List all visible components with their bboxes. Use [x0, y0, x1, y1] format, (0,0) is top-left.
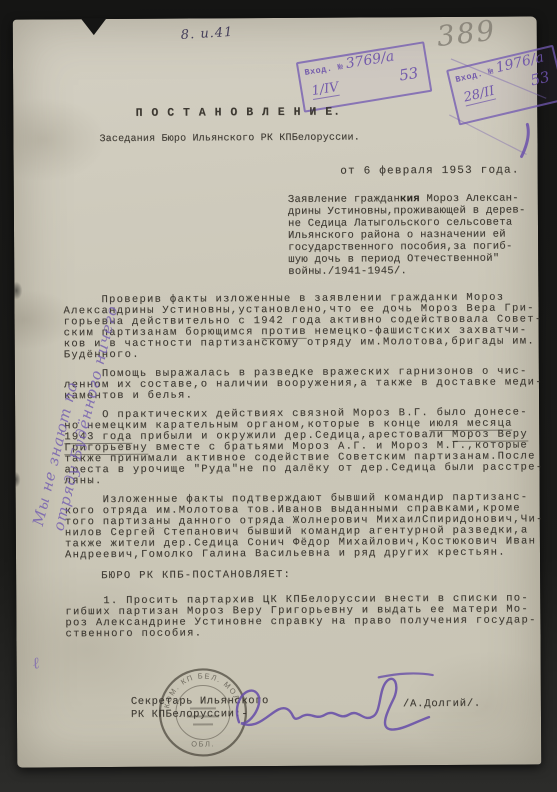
paragraph: Изложенные факты подтверждают бывший ком… — [65, 491, 543, 560]
document-title: П О С Т А Н О В Л Е Н И Е. — [123, 106, 353, 120]
paragraph: О практических действиях связной Мороз В… — [64, 406, 542, 486]
subject-annotation-block: Заявление гражданкия Мороз Алексан-дрины… — [288, 192, 541, 278]
handwritten-top-note: 8. и.41 — [180, 25, 233, 43]
stamp-year-handwritten: 53 — [529, 68, 552, 90]
seal-text-bottom: ОБЛ. — [191, 739, 215, 748]
typed-line: государственного пособия,за погиб- — [288, 240, 540, 254]
document-page: 8. и.41 389 Вход. № 3769/а 1/IV 53 Вход.… — [13, 16, 542, 767]
resolution-body: 1. Просить партархив ЦК КПБелоруссии вне… — [65, 592, 543, 639]
paragraph: Помощь выражалась в разведке вражеских г… — [64, 365, 542, 401]
stamp-date-handwritten: 28/II — [462, 84, 496, 107]
paper-damage-spot — [10, 282, 22, 300]
document-date: от 6 февраля 1953 года. — [340, 165, 520, 178]
photo-background: { "page": { "corner_number": "389", "top… — [0, 0, 557, 792]
paper-tear-notch — [81, 18, 107, 35]
typed-line: Андреевич,Гомолко Галина Васильевна и ря… — [65, 546, 543, 560]
paragraph: Заявление гражданкия Мороз Алексан-дрины… — [288, 192, 541, 278]
typed-line: роз Александрине Устиновне справку на пр… — [65, 614, 543, 628]
typed-line: ков и в частности партизанскому отряду и… — [64, 335, 542, 349]
ink-mark: ℓ — [31, 653, 42, 674]
paragraph: 1. Просить партархив ЦК КПБелоруссии вне… — [65, 592, 543, 639]
typed-line: ленном их составе,о наличии вооружения,а… — [64, 376, 542, 390]
incoming-stamp-1: Вход. № 3769/а 1/IV 53 — [296, 41, 433, 112]
stamp-year-handwritten: 53 — [398, 64, 420, 85]
resolution-heading: БЮРО РК КПБ-ПОСТАНОВЛЯЕТ: — [101, 569, 291, 582]
stamp-date-handwritten: 1/IV — [311, 80, 340, 100]
typed-line: ареста в урочище "Руда"не по далёку от д… — [64, 461, 542, 475]
paragraph: Проверив факты изложенные в заявлении гр… — [63, 291, 541, 360]
typed-line: войны./1941-1945/. — [288, 264, 540, 278]
paper-damage-spot — [10, 472, 20, 488]
document-subtitle: Заседания Бюро Ильянского РК КПБелорусси… — [99, 132, 360, 145]
incoming-stamp-2: Вход. № 1976/а 28/II 53 — [446, 45, 557, 126]
signature-typed-name: /А.Долгий/. — [403, 698, 481, 710]
page-number-pencil: 389 — [435, 14, 498, 53]
document-body: Проверив факты изложенные в заявлении гр… — [63, 291, 543, 568]
